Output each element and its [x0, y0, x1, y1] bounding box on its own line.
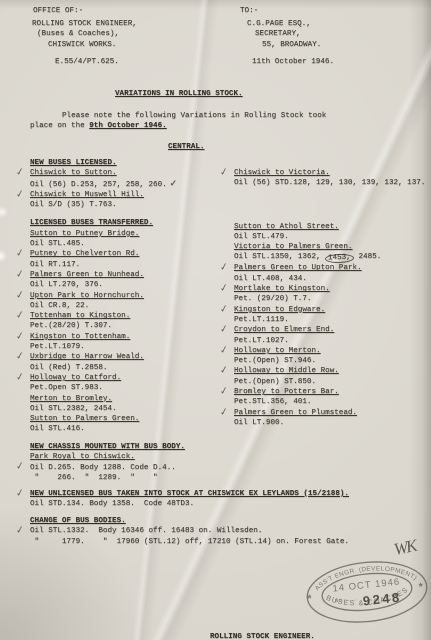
circled-fleet-number: 1453,: [325, 254, 354, 264]
transfer-entry: ✓ Croydon to Elmers End. Pet.LT.1027.: [234, 325, 431, 346]
region-heading: CENTRAL.: [168, 142, 204, 152]
document-title: VARIATIONS IN ROLLING STOCK.: [115, 89, 243, 99]
route-line: Kingston to Tottenham.: [30, 332, 234, 342]
intro-prefix: place on the: [30, 122, 89, 130]
stamp-graphic: ASS'T ENGR. (DEVELOPMENT) BUSES & COACHE…: [301, 554, 431, 631]
fleet-line: Oil (Red) T.2858.: [30, 363, 234, 373]
fleet-text: Oil (56) D.253, 257, 258, 260.: [30, 181, 167, 189]
to-label: TO:-: [240, 6, 258, 16]
route-line: Palmers Green to Plumstead.: [234, 408, 431, 418]
tick-mark: ✓: [15, 311, 25, 323]
new-chassis-section: NEW CHASSIS MOUNTED WITH BUS BODY. ✓ Par…: [30, 442, 185, 483]
fleet-line: Pet.Open ST.983.: [30, 383, 234, 393]
fleet-line: Pet. (29/20) T.7.: [234, 294, 431, 304]
tick-mark: ✓: [15, 189, 25, 201]
fleet-line: Oil LT.270, 376.: [30, 280, 234, 290]
route-line: Victoria to Palmers Green.: [234, 242, 431, 252]
recipient-line: SECRETARY,: [255, 29, 321, 39]
route-line: Palmers Green to Nunhead.: [30, 270, 234, 280]
route-line: Chiswick to Muswell Hill.: [30, 190, 234, 200]
fleet-line: Oil (56) STD.128, 129, 130, 139, 132, 13…: [234, 178, 431, 188]
fleet-line: Oil STL.479.: [234, 232, 431, 242]
office-line: CHISWICK WORKS.: [48, 40, 137, 50]
route-line: Chiswick to Sutton.: [30, 168, 234, 178]
fleet-line: Oil LT.408, 434.: [234, 274, 431, 284]
licensed-entry: ✓ Chiswick to Muswell Hill. Oil S/D (35)…: [30, 190, 234, 211]
transfer-entry: ✓ Palmers Green to Upton Park. Oil LT.40…: [234, 263, 431, 284]
office-of-label: OFFICE OF:-: [33, 6, 83, 16]
transfer-entry: ✓ Holloway to Catford. Pet.Open ST.983.: [30, 373, 234, 394]
detail-line: " 1779. " 17960 (STL.12) off, 17210 (STL…: [30, 537, 349, 547]
tick-mark: ✓: [15, 249, 25, 261]
fleet-text: 2485.: [354, 253, 381, 261]
licensed-entry: ✓ Chiswick to Sutton. Oil (56) D.253, 25…: [30, 168, 234, 190]
office-line: ROLLING STOCK ENGINEER,: [32, 19, 137, 29]
route-line: Sutton to Athol Street.: [234, 222, 431, 232]
intro-paragraph: Please note the following Variations in …: [30, 111, 410, 132]
route-line: Chiswick to Victoria.: [234, 168, 431, 178]
route-line: Upton Park to Hornchurch.: [30, 291, 234, 301]
route-line: Putney to Chelverton Rd.: [30, 249, 234, 259]
section-heading: CHANGE OF BUS BODIES.: [30, 516, 349, 526]
route-line: Merton to Bromley.: [30, 394, 234, 404]
tick-mark: ✓: [15, 372, 25, 384]
tick-mark: ✓: [15, 290, 25, 302]
transfer-entry: ✓ Holloway to Middle Row. Pet.(Open) ST.…: [234, 366, 431, 387]
right-column: ✓ Chiswick to Victoria. Oil (56) STD.128…: [234, 168, 431, 428]
transfer-entry: Victoria to Palmers Green. Oil STL.1350,…: [234, 242, 431, 263]
stamp-star-right-icon: *: [418, 581, 424, 593]
tick-mark: ✓: [15, 526, 25, 538]
tick-mark: ✓: [219, 366, 229, 378]
transfer-entry: Sutton to Athol Street. Oil STL.479.: [234, 222, 431, 243]
tick-mark: ✓: [15, 269, 25, 281]
intro-line: Please note the following Variations in …: [62, 111, 410, 121]
recipient-line: 55, BROADWAY.: [262, 40, 321, 50]
fleet-line: Oil STL.2382, 2454.: [30, 404, 234, 414]
office-address-block: ROLLING STOCK ENGINEER, (Buses & Coaches…: [32, 19, 137, 50]
fleet-line: Pet.LT.1119.: [234, 315, 431, 325]
fleet-line: Oil STL.1350, 1362, 1453, 2485.: [234, 252, 431, 263]
signature-title: ROLLING STOCK ENGINEER.: [210, 632, 315, 640]
transfer-entry: ✓ Bromley to Potters Bar. Pet.STL.356, 4…: [234, 387, 431, 408]
fleet-line: Pet.LT.1027.: [234, 336, 431, 346]
recipient-line: C.G.PAGE ESQ.,: [247, 19, 321, 29]
intro-line: place on the 9th October 1946.: [30, 121, 410, 131]
office-line: (Buses & Coaches),: [37, 29, 137, 39]
fleet-line: Pet.(28/20) T.307.: [30, 321, 234, 331]
transfer-entry: ✓ Upton Park to Hornchurch. Oil CR.8, 22…: [30, 291, 234, 312]
section-heading: NEW CHASSIS MOUNTED WITH BUS BODY.: [30, 442, 185, 452]
tick-mark: ✓: [219, 386, 229, 398]
transfer-entry: ✓ Tottenham to Kingston. Pet.(28/20) T.3…: [30, 311, 234, 332]
letter-date: 11th October 1946.: [252, 57, 334, 67]
route-line: Bromley to Potters Bar.: [234, 387, 431, 397]
unlicensed-entry: ✓ NEW UNLICENSED BUS TAKEN INTO STOCK AT…: [30, 489, 349, 510]
transfer-entry: ✓ Uxbridge to Harrow Weald. Oil (Red) T.…: [30, 352, 234, 373]
transfer-entry: ✓ Holloway to Merton. Pet.(Open) ST.946.: [234, 346, 431, 367]
route-line: Park Royal to Chiswick.: [30, 452, 185, 462]
tick-mark: ✓: [219, 283, 229, 295]
transfer-entry: ✓ Palmers Green to Nunhead. Oil LT.270, …: [30, 270, 234, 291]
fleet-line: Pet.LT.1079.: [30, 342, 234, 352]
route-line: Mortlake to Kingston.: [234, 284, 431, 294]
reference-number: E.55/4/PT.625.: [55, 57, 119, 67]
fleet-line: Pet.STL.356, 401.: [234, 397, 431, 407]
fleet-line: Oil S/D (35) T.763.: [30, 200, 234, 210]
route-line: Kingston to Edgware.: [234, 305, 431, 315]
tick-mark: ✓: [219, 167, 229, 179]
recipient-address-block: C.G.PAGE ESQ., SECRETARY, 55, BROADWAY.: [247, 19, 321, 50]
route-line: Holloway to Catford.: [30, 373, 234, 383]
route-line: Holloway to Middle Row.: [234, 366, 431, 376]
transfers-heading: LICENSED BUSES TRANSFERRED.: [30, 218, 234, 228]
chassis-entry: ✓ Park Royal to Chiswick. Oil D.265. Bod…: [30, 452, 185, 483]
licensed-entry: ✓ Chiswick to Victoria. Oil (56) STD.128…: [234, 168, 431, 189]
tick-mark: ✓: [219, 345, 229, 357]
route-line: Croydon to Elmers End.: [234, 325, 431, 335]
detail-line: Oil D.265. Body 1288. Code D.4..: [30, 463, 185, 473]
detail-line: Oil STL.1332. Body 16346 off. 16483 on. …: [30, 526, 349, 536]
route-line: Uxbridge to Harrow Weald.: [30, 352, 234, 362]
unlicensed-bus-section: ✓ NEW UNLICENSED BUS TAKEN INTO STOCK AT…: [30, 489, 349, 510]
route-line: Palmers Green to Upton Park.: [234, 263, 431, 273]
change-entry: ✓ Oil STL.1332. Body 16346 off. 16483 on…: [30, 526, 349, 547]
fleet-line: Oil CR.8, 22.: [30, 301, 234, 311]
transfer-entry: ✓ Mortlake to Kingston. Pet. (29/20) T.7…: [234, 284, 431, 305]
fleet-line: Pet.(Open) ST.850.: [234, 377, 431, 387]
transfer-entry: ✓ Palmers Green to Plumstead. Oil LT.900…: [234, 408, 431, 429]
route-line: Tottenham to Kingston.: [30, 311, 234, 321]
transfers-right-block: Sutton to Athol Street. Oil STL.479. Vic…: [234, 222, 431, 429]
transfer-entry: Sutton to Putney Bridge. Oil STL.485.: [30, 229, 234, 250]
tick-mark: ✓: [15, 331, 25, 343]
fleet-line: Oil RT.117.: [30, 260, 234, 270]
fleet-line: Oil STL.416.: [30, 424, 234, 434]
tick-mark: ✓: [15, 462, 25, 474]
left-column: NEW BUSES LICENSED. ✓ Chiswick to Sutton…: [30, 158, 234, 435]
route-line: Holloway to Merton.: [234, 346, 431, 356]
transfer-entry: ✓ Kingston to Edgware. Pet.LT.1119.: [234, 305, 431, 326]
stamp-star-left-icon: *: [307, 593, 313, 605]
detail-line: " 266. " 1289. " ": [30, 473, 185, 483]
section-heading: NEW UNLICENSED BUS TAKEN INTO STOCK AT C…: [30, 489, 349, 499]
fleet-line: Pet.(Open) ST.946.: [234, 356, 431, 366]
intro-date-underlined: 9th October 1946.: [89, 122, 166, 130]
tick-mark: ✓: [219, 325, 229, 337]
transfer-entry: ✓ Putney to Chelverton Rd. Oil RT.117.: [30, 249, 234, 270]
transfer-entry: ✓ Kingston to Tottenham. Pet.LT.1079.: [30, 332, 234, 353]
transfers-left-block: LICENSED BUSES TRANSFERRED. Sutton to Pu…: [30, 218, 234, 434]
fleet-line: Oil (56) D.253, 257, 258, 260. ✓: [30, 179, 234, 190]
change-bodies-section: CHANGE OF BUS BODIES. ✓ Oil STL.1332. Bo…: [30, 516, 349, 547]
licensed-heading: NEW BUSES LICENSED.: [30, 158, 234, 168]
fleet-line: Oil STL.485.: [30, 239, 234, 249]
route-line: Sutton to Palmers Green.: [30, 414, 234, 424]
tick-mark: ✓: [15, 488, 25, 500]
document-page: OFFICE OF:- TO:- ROLLING STOCK ENGINEER,…: [0, 0, 431, 640]
transfer-entry: Sutton to Palmers Green. Oil STL.416.: [30, 414, 234, 435]
tick-mark: ✓: [219, 407, 229, 419]
received-stamp: ASS'T ENGR. (DEVELOPMENT) BUSES & COACHE…: [301, 554, 431, 631]
tick-mark: ✓: [219, 304, 229, 316]
route-line: Sutton to Putney Bridge.: [30, 229, 234, 239]
detail-line: Oil STD.134. Body 1358. Code 48TD3.: [30, 499, 349, 509]
handwritten-initials: WK: [393, 541, 416, 556]
tick-mark: ✓: [219, 263, 229, 275]
trailing-tick: ✓: [167, 179, 177, 189]
tick-mark: ✓: [15, 352, 25, 364]
fleet-line: Oil LT.900.: [234, 418, 431, 428]
transfer-entry: Merton to Bromley. Oil STL.2382, 2454.: [30, 394, 234, 415]
tick-mark: ✓: [15, 168, 25, 180]
fleet-text: Oil STL.1350, 1362,: [234, 253, 325, 261]
stamp-number: 9248: [362, 589, 402, 608]
